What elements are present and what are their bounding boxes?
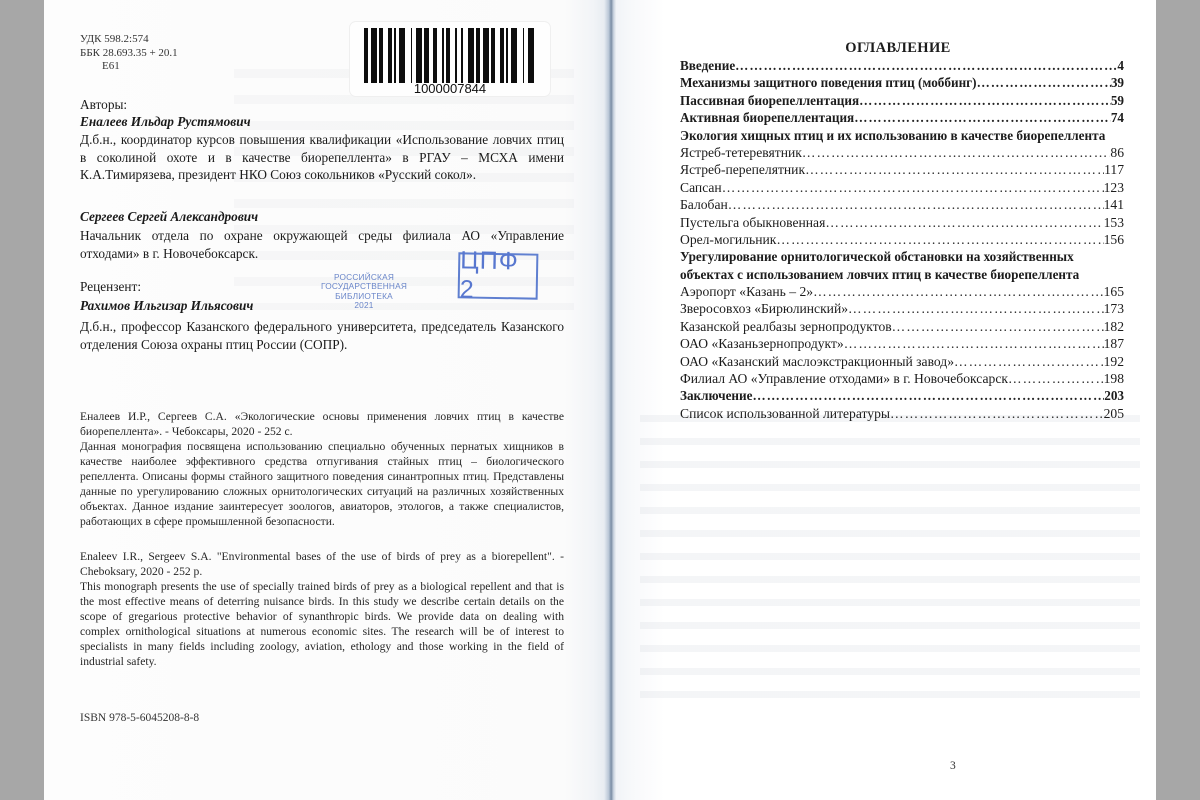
toc-entry-page: 198 (1104, 371, 1124, 387)
toc-entry: Активная биорепеллентация 74 (680, 110, 1124, 127)
barcode-number: 1000007844 (350, 81, 550, 96)
toc-leader-dots (752, 388, 1104, 404)
annotation-en-text: This monograph presents the use of speci… (80, 579, 564, 669)
barcode-icon (364, 28, 536, 83)
table-of-contents: Введение4Механизмы защитного поведения п… (680, 58, 1124, 423)
toc-entry-page: 4 (1117, 58, 1124, 74)
toc-entry: Пустельга обыкновенная153 (680, 215, 1124, 232)
reviewer-description: Д.б.н., профессор Казанского федеральног… (80, 318, 564, 353)
toc-entry: Урегулирование орнитологической обстанов… (680, 249, 1124, 266)
toc-leader-dots (1008, 371, 1104, 387)
toc-leader-dots (848, 301, 1104, 317)
toc-leader-dots (728, 197, 1104, 213)
reviewer-label: Рецензент: (80, 279, 564, 295)
toc-entry: Введение4 (680, 58, 1124, 75)
toc-entry-title: Ястреб-тетеревятник (680, 145, 802, 161)
barcode-sticker: 1000007844 (350, 22, 550, 96)
author-2-name: Сергеев Сергей Александрович (80, 209, 564, 225)
toc-entry-page: 141 (1104, 197, 1124, 213)
authors-label: Авторы: (80, 97, 564, 113)
toc-entry-page: 187 (1104, 336, 1124, 352)
toc-entry-page: 74 (1111, 110, 1124, 126)
bbk-code: ББК 28.693.35 + 20.1 (80, 47, 178, 61)
toc-entry: Орел-могильник156 (680, 232, 1124, 249)
toc-leader-dots (813, 284, 1104, 300)
toc-entry-page: 165 (1104, 284, 1124, 300)
toc-leader-dots (722, 180, 1104, 196)
isbn: ISBN 978-5-6045208-8-8 (80, 712, 199, 724)
toc-leader-dots (735, 58, 1117, 74)
toc-entry-title: Экология хищных птиц и их использованию … (680, 128, 1105, 144)
toc-entry-title: Балобан (680, 197, 728, 213)
toc-entry: Заключение 203 (680, 388, 1124, 405)
toc-entry-title: объектах с использованием ловчих птиц в … (680, 267, 1079, 283)
toc-leader-dots (802, 145, 1111, 161)
toc-entry: ОАО «Казанский маслоэкстракционный завод… (680, 354, 1124, 371)
toc-leader-dots (954, 354, 1104, 370)
toc-entry: Балобан141 (680, 197, 1124, 214)
toc-entry-title: Пустельга обыкновенная (680, 215, 825, 231)
toc-entry-title: Механизмы защитного поведения птиц (мобб… (680, 75, 977, 91)
toc-entry: Ястреб-перепелятник117 (680, 162, 1124, 179)
reviewer-name: Рахимов Ильгизар Ильясович (80, 298, 564, 314)
toc-entry-title: Филиал АО «Управление отходами» в г. Нов… (680, 371, 1008, 387)
book-spine (604, 0, 616, 800)
annotation-ru-text: Данная монография посвящена использовани… (80, 439, 564, 529)
toc-entry-page: 156 (1104, 232, 1124, 248)
toc-entry: Сапсан123 (680, 180, 1124, 197)
toc-entry-page: 203 (1104, 388, 1124, 404)
toc-entry: Пассивная биорепеллентация59 (680, 93, 1124, 110)
toc-entry-page: 59 (1111, 93, 1124, 109)
toc-title: ОГЛАВЛЕНИЕ (610, 40, 1156, 57)
toc-leader-dots (805, 162, 1104, 178)
toc-leader-dots (854, 110, 1111, 126)
toc-entry-page: 153 (1104, 215, 1124, 231)
annotation-en-citation: Enaleev I.R., Sergeev S.A. "Environmenta… (80, 549, 564, 579)
toc-entry-page: 205 (1104, 406, 1124, 422)
bibliographic-codes: УДК 598.2:574 ББК 28.693.35 + 20.1 Е61 (80, 33, 178, 74)
toc-entry: Аэропорт «Казань – 2»165 (680, 284, 1124, 301)
toc-leader-dots (825, 215, 1103, 231)
toc-entry: Ястреб-тетеревятник86 (680, 145, 1124, 162)
toc-leader-dots (892, 319, 1104, 335)
author-mark: Е61 (80, 60, 178, 74)
author-1-description: Д.б.н., координатор курсов повышения ква… (80, 131, 564, 184)
toc-leader-dots (977, 75, 1111, 91)
toc-entry: Механизмы защитного поведения птиц (мобб… (680, 75, 1124, 92)
toc-entry-title: Сапсан (680, 180, 722, 196)
left-page: УДК 598.2:574 ББК 28.693.35 + 20.1 Е61 1… (44, 0, 610, 800)
toc-entry-page: 86 (1110, 145, 1124, 161)
toc-entry-title: Список использованной литературы (680, 406, 890, 422)
toc-entry-title: Орел-могильник (680, 232, 776, 248)
toc-entry: ОАО «Казаньзернопродукт»187 (680, 336, 1124, 353)
toc-entry-page: 173 (1104, 301, 1124, 317)
toc-leader-dots (776, 232, 1103, 248)
right-page: ОГЛАВЛЕНИЕ Введение4Механизмы защитного … (610, 0, 1156, 800)
toc-entry-title: Активная биорепеллентация (680, 110, 854, 126)
toc-entry-title: Аэропорт «Казань – 2» (680, 284, 813, 300)
toc-entry: Филиал АО «Управление отходами» в г. Нов… (680, 371, 1124, 388)
page-number: 3 (950, 760, 956, 772)
toc-entry: Зверосовхоз «Бирюлинский»173 (680, 301, 1124, 318)
toc-entry-title: Заключение (680, 388, 752, 404)
toc-entry: Казанской реалбазы зернопродуктов182 (680, 319, 1124, 336)
toc-leader-dots (844, 336, 1104, 352)
annotation-ru-citation: Еналеев И.Р., Сергеев С.А. «Экологически… (80, 409, 564, 439)
toc-entry: Экология хищных птиц и их использованию … (680, 128, 1124, 145)
toc-entry-title: ОАО «Казанский маслоэкстракционный завод… (680, 354, 954, 370)
toc-entry-page: 117 (1104, 162, 1124, 178)
toc-entry-page: 123 (1104, 180, 1124, 196)
toc-entry-title: Ястреб-перепелятник (680, 162, 805, 178)
toc-entry: Список использованной литературы205 (680, 406, 1124, 423)
book-spread: УДК 598.2:574 ББК 28.693.35 + 20.1 Е61 1… (44, 0, 1156, 800)
toc-entry-title: Пассивная биорепеллентация (680, 93, 859, 109)
udk-code: УДК 598.2:574 (80, 33, 178, 47)
toc-entry: объектах с использованием ловчих птиц в … (680, 267, 1124, 284)
toc-entry-title: Казанской реалбазы зернопродуктов (680, 319, 892, 335)
toc-entry-page: 182 (1104, 319, 1124, 335)
toc-leader-dots (890, 406, 1104, 422)
toc-entry-title: ОАО «Казаньзернопродукт» (680, 336, 844, 352)
toc-entry-page: 39 (1111, 75, 1124, 91)
toc-entry-page: 192 (1104, 354, 1124, 370)
toc-leader-dots (859, 93, 1111, 109)
toc-entry-title: Урегулирование орнитологической обстанов… (680, 249, 1074, 265)
show-through-texture (640, 405, 1140, 705)
toc-entry-title: Зверосовхоз «Бирюлинский» (680, 301, 848, 317)
author-1-name: Еналеев Ильдар Рустямович (80, 114, 564, 130)
toc-entry-title: Введение (680, 58, 735, 74)
